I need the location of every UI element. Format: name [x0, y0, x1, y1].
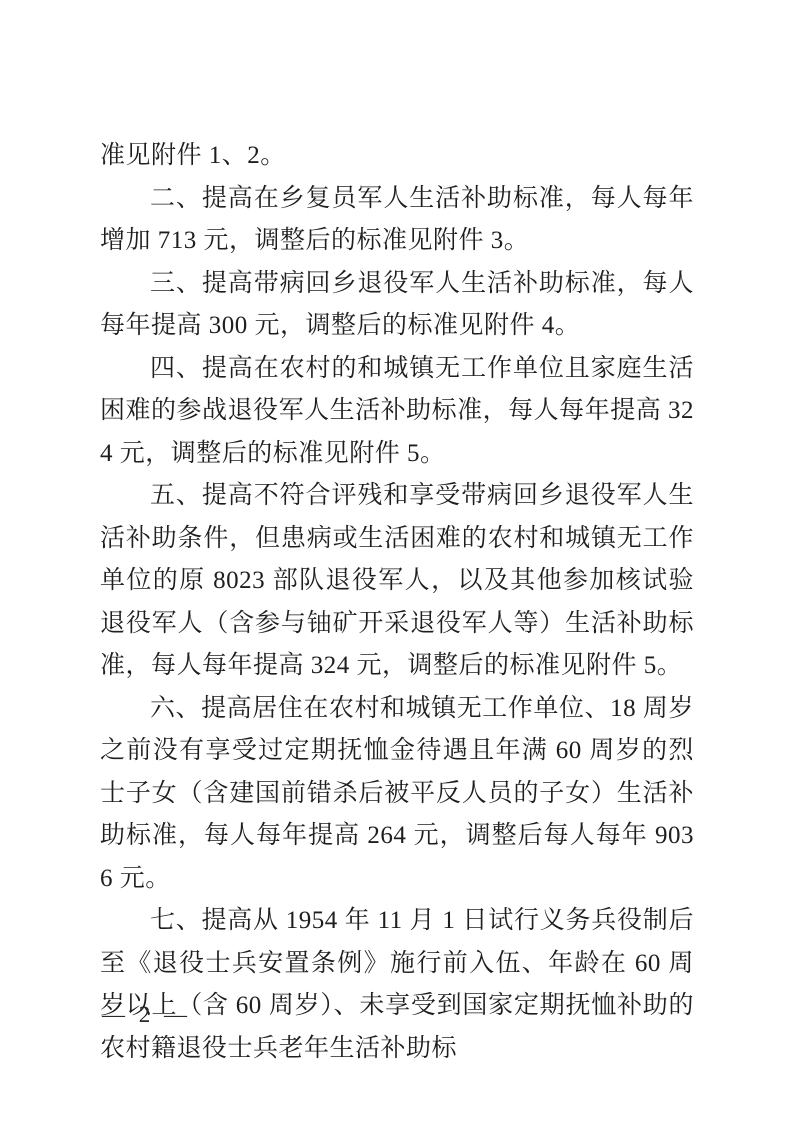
- paragraph-item-4: 四、提高在农村的和城镇无工作单位且家庭生活困难的参战退役军人生活补助标准，每人每…: [100, 348, 694, 476]
- paragraph-item-5: 五、提高不符合评残和享受带病回乡退役军人生活补助条件，但患病或生活困难的农村和城…: [100, 475, 694, 688]
- paragraph-item-2: 二、提高在乡复员军人生活补助标准，每人每年增加 713 元，调整后的标准见附件 …: [100, 178, 694, 263]
- paragraph-item-6: 六、提高居住在农村和城镇无工作单位、18 周岁之前没有享受过定期抚恤金待遇且年满…: [100, 688, 694, 901]
- paragraph-item-7: 七、提高从 1954 年 11 月 1 日试行义务兵役制后至《退役士兵安置条例》…: [100, 900, 694, 1070]
- continuation-line: 准见附件 1、2。: [100, 135, 694, 178]
- document-body: 准见附件 1、2。 二、提高在乡复员军人生活补助标准，每人每年增加 713 元，…: [100, 135, 694, 1070]
- paragraph-item-3: 三、提高带病回乡退役军人生活补助标准，每人每年提高 300 元，调整后的标准见附…: [100, 263, 694, 348]
- document-page: 准见附件 1、2。 二、提高在乡复员军人生活补助标准，每人每年增加 713 元，…: [0, 0, 793, 1121]
- page-number: — 2 —: [102, 1002, 191, 1028]
